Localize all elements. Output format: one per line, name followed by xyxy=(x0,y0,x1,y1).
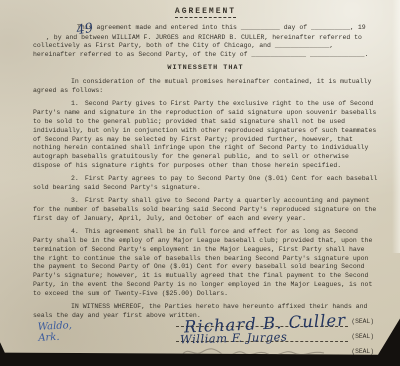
signature-row-2: William F. Jurges (SEAL) xyxy=(176,327,374,342)
intro-paragraph: In consideration of the mutual promises … xyxy=(33,78,378,96)
typed-year-prefix: 19 xyxy=(358,24,366,31)
paper: AGREEMENT This agreement made and entere… xyxy=(0,0,400,362)
handwritten-year: 49 xyxy=(33,33,47,41)
clause-2: 2.First Party agrees to pay to Second Pa… xyxy=(33,175,378,193)
handwritten-location: Waldo, Ark. xyxy=(37,320,72,344)
seal-label-1: (SEAL) xyxy=(348,318,374,327)
clause-1-number: 1. xyxy=(71,100,79,107)
opening-paragraph: This agreement made and entered into thi… xyxy=(33,24,378,60)
location-line-2: Ark. xyxy=(38,331,73,344)
signature-line-1: Richard B. Culler xyxy=(176,312,348,327)
signature-rows: Richard B. Culler (SEAL) William F. Jurg… xyxy=(176,312,374,357)
seal-label-3: (SEAL) xyxy=(348,348,374,357)
clause-4-number: 4. xyxy=(71,228,79,235)
document-content: AGREEMENT This agreement made and entere… xyxy=(33,6,378,364)
signature-block: Waldo, Ark. Richard B. Culler (SEAL) Wil… xyxy=(33,312,378,364)
clause-1: 1.Second Party gives to First Party the … xyxy=(33,100,378,170)
witnesseth-heading: WITNESSETH THAT xyxy=(33,64,378,73)
signature-line-3 xyxy=(176,342,348,357)
scanned-agreement-document: AGREEMENT This agreement made and entere… xyxy=(0,0,400,366)
illegible-signature xyxy=(178,345,328,359)
clause-3: 3.First Party shall give to Second Party… xyxy=(33,197,378,223)
document-title: AGREEMENT xyxy=(33,8,378,17)
signature-row-3: (SEAL) xyxy=(176,342,374,357)
clause-2-number: 2. xyxy=(71,175,79,182)
signature-line-2: William F. Jurges xyxy=(176,327,348,342)
signature-row-1: Richard B. Culler (SEAL) xyxy=(176,312,374,327)
clause-3-number: 3. xyxy=(71,197,79,204)
clause-4: 4.This agreement shall be in full force … xyxy=(33,228,378,298)
seal-label-2: (SEAL) xyxy=(348,333,374,342)
